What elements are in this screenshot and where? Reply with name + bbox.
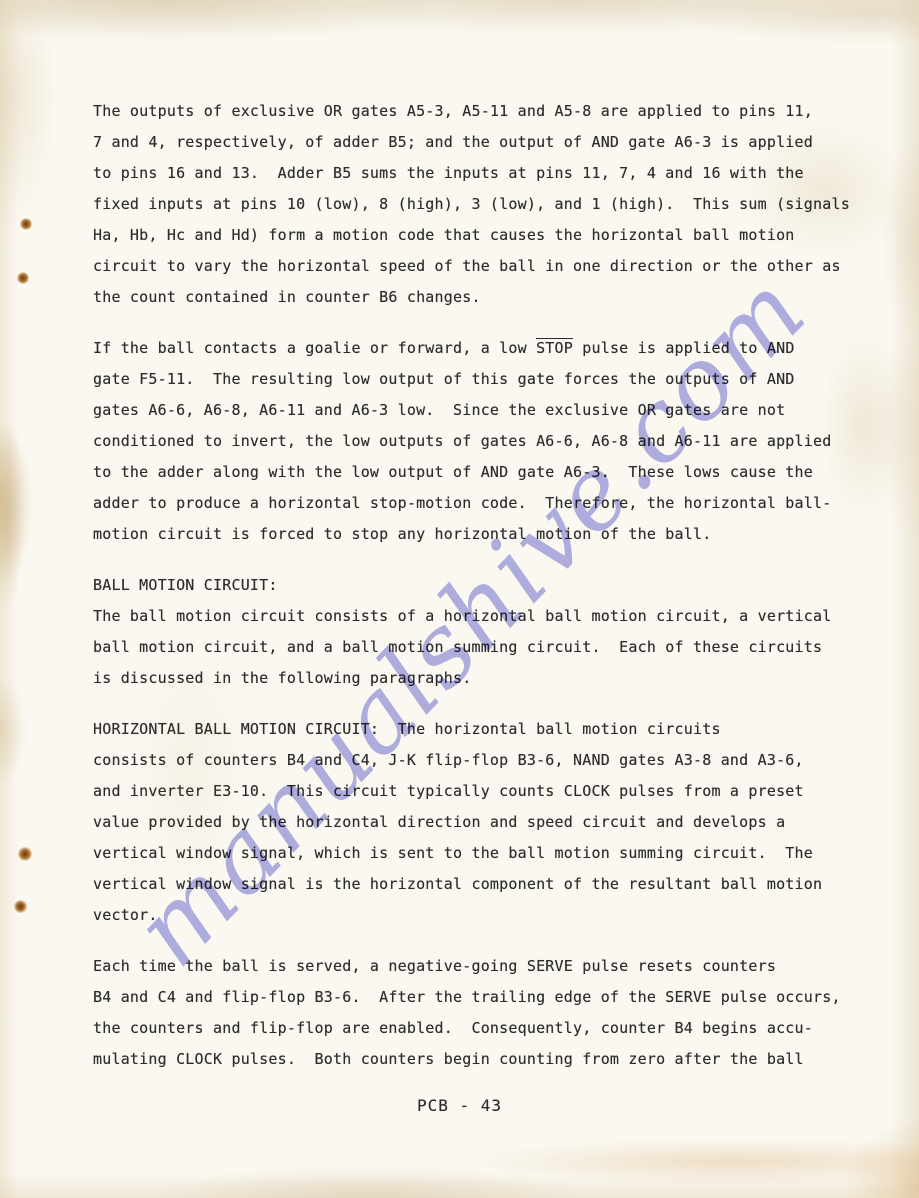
text-line: conditioned to invert, the low outputs o… <box>93 426 863 457</box>
text-line: 7 and 4, respectively, of adder B5; and … <box>93 127 863 158</box>
text-line: The ball motion circuit consists of a ho… <box>93 601 863 632</box>
text-line: Each time the ball is served, a negative… <box>93 951 863 982</box>
scanned-page: The outputs of exclusive OR gates A5-3, … <box>0 0 919 1198</box>
text-line: to pins 16 and 13. Adder B5 sums the inp… <box>93 158 863 189</box>
text-line: vector. <box>93 900 863 931</box>
paragraph: The outputs of exclusive OR gates A5-3, … <box>93 96 863 313</box>
rust-spot <box>20 218 32 230</box>
text-line: mulating CLOCK pulses. Both counters beg… <box>93 1044 863 1075</box>
text-line: gates A6-6, A6-8, A6-11 and A6-3 low. Si… <box>93 395 863 426</box>
text-line: adder to produce a horizontal stop-motio… <box>93 488 863 519</box>
text-line: circuit to vary the horizontal speed of … <box>93 251 863 282</box>
text-line: BALL MOTION CIRCUIT: <box>93 570 863 601</box>
text-line: the counters and flip-flop are enabled. … <box>93 1013 863 1044</box>
page-number: PCB - 43 <box>0 1096 919 1115</box>
rust-spot <box>14 900 27 913</box>
paragraph: HORIZONTAL BALL MOTION CIRCUIT: The hori… <box>93 714 863 931</box>
text-line: is discussed in the following paragraphs… <box>93 663 863 694</box>
text-line: vertical window signal is the horizontal… <box>93 869 863 900</box>
text-line: to the adder along with the low output o… <box>93 457 863 488</box>
text-line: Ha, Hb, Hc and Hd) form a motion code th… <box>93 220 863 251</box>
text-line: ball motion circuit, and a ball motion s… <box>93 632 863 663</box>
text-line: value provided by the horizontal directi… <box>93 807 863 838</box>
text-line: fixed inputs at pins 10 (low), 8 (high),… <box>93 189 863 220</box>
paper-stain <box>0 420 26 610</box>
rust-spot <box>17 272 29 284</box>
text-line: B4 and C4 and flip-flop B3-6. After the … <box>93 982 863 1013</box>
text-line: HORIZONTAL BALL MOTION CIRCUIT: The hori… <box>93 714 863 745</box>
paragraph: Each time the ball is served, a negative… <box>93 951 863 1075</box>
text-line: If the ball contacts a goalie or forward… <box>93 333 863 364</box>
text-line: the count contained in counter B6 change… <box>93 282 863 313</box>
text-line: consists of counters B4 and C4, J-K flip… <box>93 745 863 776</box>
text-line: gate F5-11. The resulting low output of … <box>93 364 863 395</box>
paragraph: If the ball contacts a goalie or forward… <box>93 333 863 550</box>
paragraph: BALL MOTION CIRCUIT:The ball motion circ… <box>93 570 863 694</box>
overline-signal: STOP <box>536 338 573 357</box>
rust-spot <box>18 847 32 861</box>
text-line: and inverter E3-10. This circuit typical… <box>93 776 863 807</box>
text-line: vertical window signal, which is sent to… <box>93 838 863 869</box>
text-line: The outputs of exclusive OR gates A5-3, … <box>93 96 863 127</box>
text-line: motion circuit is forced to stop any hor… <box>93 519 863 550</box>
document-content: The outputs of exclusive OR gates A5-3, … <box>93 96 863 1095</box>
